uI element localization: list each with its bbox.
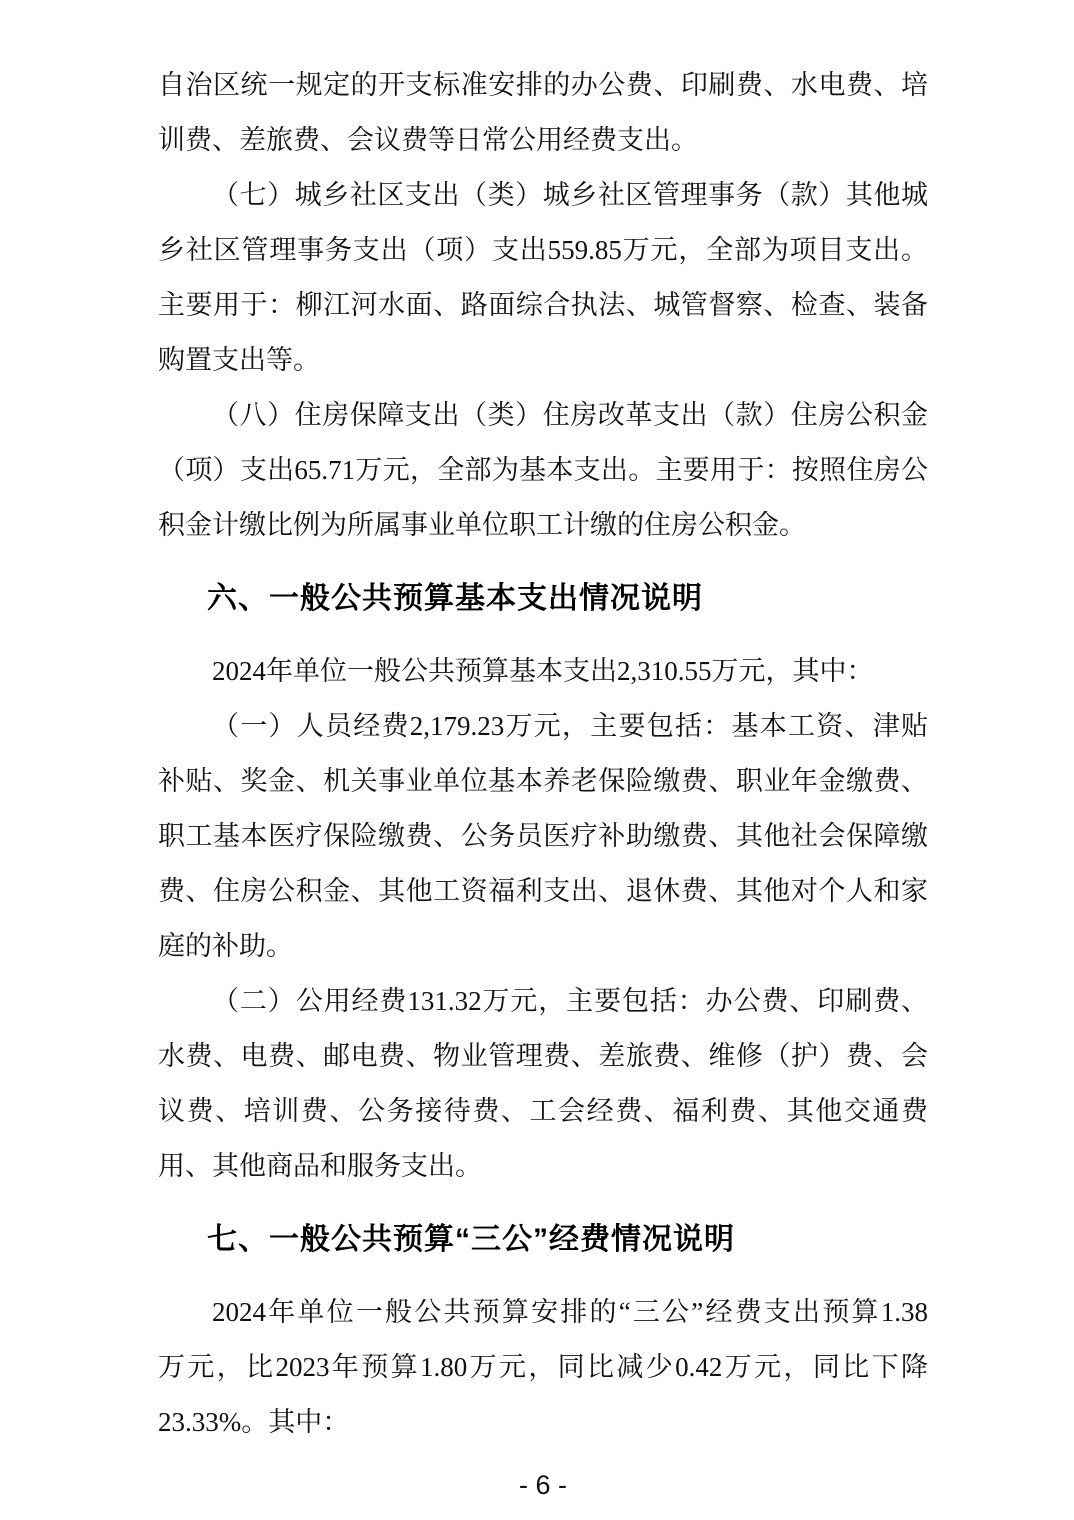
page-number: - 6 - xyxy=(158,1470,928,1500)
body-line: 补贴、奖金、机关事业单位基本养老保险缴费、职业年金缴费、 xyxy=(158,754,928,809)
body-line: 2024年单位一般公共预算安排的“三公”经费支出预算1.38 xyxy=(158,1285,928,1340)
body-line: 购置支出等。 xyxy=(158,333,928,388)
body-line: 万元，比2023年预算1.80万元，同比减少0.42万元，同比下降 xyxy=(158,1340,928,1395)
body-line: 用、其他商品和服务支出。 xyxy=(158,1139,928,1194)
body-line: （八）住房保障支出（类）住房改革支出（款）住房公积金 xyxy=(158,388,928,443)
body-line: 积金计缴比例为所属事业单位职工计缴的住房公积金。 xyxy=(158,498,928,553)
body-line: 庭的补助。 xyxy=(158,919,928,974)
body-line: （一）人员经费2,179.23万元，主要包括：基本工资、津贴 xyxy=(158,699,928,754)
body-line: （七）城乡社区支出（类）城乡社区管理事务（款）其他城 xyxy=(158,168,928,223)
body-line: 23.33%。其中： xyxy=(158,1395,928,1450)
body-line: 职工基本医疗保险缴费、公务员医疗补助缴费、其他社会保障缴 xyxy=(158,809,928,864)
section-heading: 七、一般公共预算“三公”经费情况说明 xyxy=(158,1212,928,1267)
body-line: （二）公用经费131.32万元，主要包括：办公费、印刷费、 xyxy=(158,974,928,1029)
body-line: （项）支出65.71万元，全部为基本支出。主要用于：按照住房公 xyxy=(158,443,928,498)
document-page: 自治区统一规定的开支标准安排的办公费、印刷费、水电费、培训费、差旅费、会议费等日… xyxy=(0,0,1074,1520)
section-heading: 六、一般公共预算基本支出情况说明 xyxy=(158,571,928,626)
body-line: 水费、电费、邮电费、物业管理费、差旅费、维修（护）费、会 xyxy=(158,1029,928,1084)
body-line: 乡社区管理事务支出（项）支出559.85万元，全部为项目支出。 xyxy=(158,223,928,278)
document-body: 自治区统一规定的开支标准安排的办公费、印刷费、水电费、培训费、差旅费、会议费等日… xyxy=(158,58,928,1450)
body-line: 自治区统一规定的开支标准安排的办公费、印刷费、水电费、培 xyxy=(158,58,928,113)
body-line: 主要用于：柳江河水面、路面综合执法、城管督察、检查、装备 xyxy=(158,278,928,333)
body-line: 2024年单位一般公共预算基本支出2,310.55万元，其中： xyxy=(158,644,928,699)
body-line: 训费、差旅费、会议费等日常公用经费支出。 xyxy=(158,113,928,168)
body-line: 费、住房公积金、其他工资福利支出、退休费、其他对个人和家 xyxy=(158,864,928,919)
body-line: 议费、培训费、公务接待费、工会经费、福利费、其他交通费 xyxy=(158,1084,928,1139)
